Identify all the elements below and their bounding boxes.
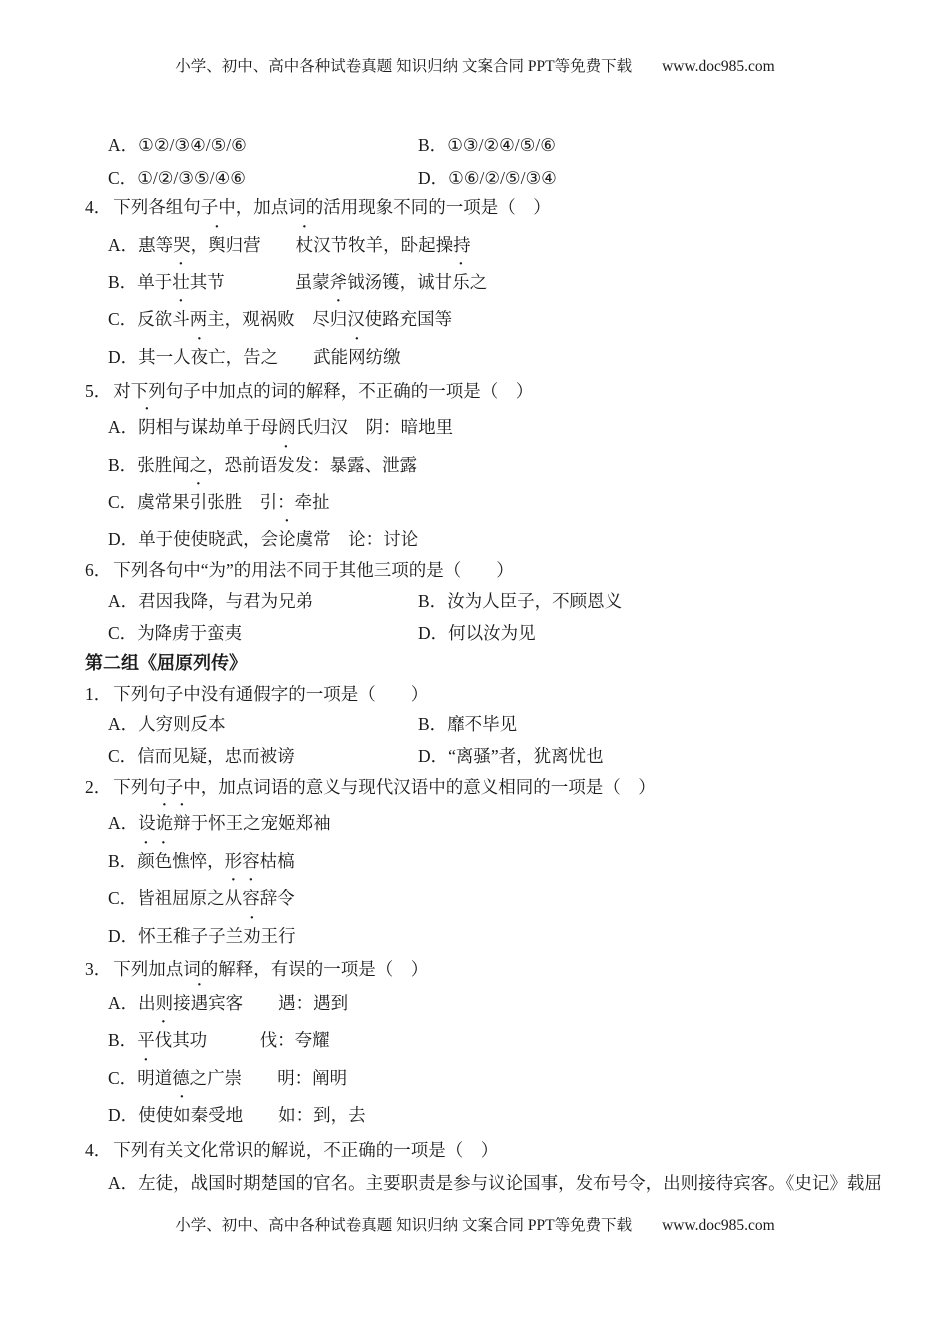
option-text: 惠等哭，舆归营 杖汉节牧羊，卧起操持 bbox=[138, 235, 471, 255]
g2-q4-stem: 4．下列有关文化常识的解说，不正确的一项是（ ） bbox=[85, 1138, 498, 1162]
emphasized-char: 论 bbox=[278, 527, 296, 551]
option-label: A． bbox=[108, 235, 138, 255]
question-text: 下列有关文化常识的解说，不正确的一项是（ ） bbox=[113, 1140, 498, 1160]
g2-q3-stem: 3．下列加点词的解释，有误的一项是（ ） bbox=[85, 957, 428, 981]
header-url-link[interactable]: www.doc985.com bbox=[662, 58, 775, 75]
g1-q5-stem: 5．对下列句子中加点的词的解释，不正确的一项是（ ） bbox=[85, 379, 533, 403]
option-text: 怀王稚子子兰劝王行 bbox=[138, 926, 296, 946]
prev-option-b: B．①③/②④/⑤/⑥ bbox=[418, 133, 556, 157]
g2-q1-option-b: B．靡不毕见 bbox=[418, 712, 517, 736]
question-number: 4． bbox=[85, 197, 111, 217]
option-text: 阴相与谋劫单于母阏氏归汉 阴：暗地里 bbox=[138, 417, 453, 437]
question-number: 1． bbox=[85, 684, 111, 704]
option-text: 反欲斗两主，观祸败 尽归汉使路充国等 bbox=[137, 309, 452, 329]
option-text: 虞常果引张胜 引：牵扯 bbox=[137, 492, 330, 512]
g1-q6-option-d: D．何以汝为见 bbox=[418, 621, 536, 645]
emphasized-char: 发 bbox=[277, 453, 295, 477]
emphasized-char: 夜 bbox=[191, 345, 209, 369]
option-text: 皆祖屈原之从容辞令 bbox=[137, 888, 295, 908]
emphasized-char: 斗 bbox=[172, 307, 190, 331]
option-label: D． bbox=[418, 746, 448, 766]
option-text: 靡不毕见 bbox=[447, 714, 517, 734]
g1-q6-stem: 6．下列各句中“为”的用法不同于其他三项的是（ ） bbox=[85, 558, 514, 582]
option-label: B． bbox=[108, 851, 137, 871]
g1-q5-option-d: D．单于使使晓武，会论虞常 论：讨论 bbox=[108, 527, 418, 551]
emphasized-char: 容 bbox=[242, 886, 260, 910]
option-text: ①/②/③⑤/④⑥ bbox=[137, 168, 246, 188]
option-label: C． bbox=[108, 1068, 137, 1088]
option-text: 何以汝为见 bbox=[448, 623, 536, 643]
option-text: 使使如秦受地 如：到，去 bbox=[138, 1105, 366, 1125]
g2-q2-option-c: C．皆祖屈原之从容辞令 bbox=[108, 886, 295, 910]
option-label: C． bbox=[108, 746, 137, 766]
option-label: C． bbox=[108, 492, 137, 512]
emphasized-char: 归 bbox=[330, 307, 348, 331]
emphasized-char: 网 bbox=[348, 345, 366, 369]
option-text: 明道德之广崇 明：阐明 bbox=[137, 1068, 347, 1088]
g1-q4-stem: 4．下列各组句子中，加点词的活用现象不同的一项是（ ） bbox=[85, 195, 551, 219]
g1-q4-option-a: A．惠等哭，舆归营 杖汉节牧羊，卧起操持 bbox=[108, 233, 471, 257]
option-text: 为降虏于蛮夷 bbox=[137, 623, 242, 643]
option-text: ①⑥/②/⑤/③④ bbox=[448, 168, 557, 188]
group2-heading: 第二组《屈原列传》 bbox=[85, 651, 247, 675]
question-text: 下列各组句子中，加点词的活用现象不同的一项是（ ） bbox=[113, 197, 551, 217]
option-text: 单于使使晓武，会论虞常 论：讨论 bbox=[138, 529, 418, 549]
prev-option-a: A．①②/③④/⑤/⑥ bbox=[108, 133, 247, 157]
g2-q1-stem: 1．下列句子中没有通假字的一项是（ ） bbox=[85, 682, 428, 706]
emphasized-char: 诡 bbox=[156, 811, 174, 835]
option-label: B． bbox=[108, 455, 137, 475]
g2-q2-option-a: A．设诡辩于怀王之宠姬郑袖 bbox=[108, 811, 331, 835]
emphasized-char: 辩 bbox=[173, 811, 191, 835]
g2-q1-option-a: A．人穷则反本 bbox=[108, 712, 226, 736]
g2-q2-option-d: D．怀王稚子子兰劝王行 bbox=[108, 924, 296, 948]
option-label: B． bbox=[108, 1030, 137, 1050]
option-text: 汝为人臣子，不顾恩义 bbox=[447, 591, 622, 611]
g2-q3-option-d: D．使使如秦受地 如：到，去 bbox=[108, 1103, 366, 1127]
g2-q1-option-c: C．信而见疑，忠而被谤 bbox=[108, 744, 295, 768]
footer-text: 小学、初中、高中各种试卷真题 知识归纳 文案合同 PPT等免费下载 bbox=[175, 1217, 632, 1234]
page-footer: 小学、初中、高中各种试卷真题 知识归纳 文案合同 PPT等免费下载www.doc… bbox=[0, 1214, 950, 1238]
g1-q6-option-b: B．汝为人臣子，不顾恩义 bbox=[418, 589, 622, 613]
option-label: A． bbox=[108, 417, 138, 437]
option-label: A． bbox=[108, 135, 138, 155]
option-label: A． bbox=[108, 1173, 138, 1193]
option-text: 人穷则反本 bbox=[138, 714, 226, 734]
g2-q3-option-b: B．平伐其功 伐：夸耀 bbox=[108, 1028, 330, 1052]
g2-q4-option-a: A．左徒，战国时期楚国的官名。主要职责是参与议论国事，发布号令，出则接待宾客。《… bbox=[108, 1171, 882, 1195]
option-text: 平伐其功 伐：夸耀 bbox=[137, 1030, 330, 1050]
question-number: 3． bbox=[85, 959, 111, 979]
g1-q6-option-a: A．君因我降，与君为兄弟 bbox=[108, 589, 313, 613]
option-label: C． bbox=[108, 888, 137, 908]
option-label: D． bbox=[418, 623, 448, 643]
g2-q3-option-a: A．出则接遇宾客 遇：遇到 bbox=[108, 991, 348, 1015]
option-label: A． bbox=[108, 714, 138, 734]
question-text: 对下列句子中加点的词的解释，不正确的一项是（ ） bbox=[113, 381, 533, 401]
g2-q1-option-d: D．“离骚”者，犹离忧也 bbox=[418, 744, 604, 768]
emphasized-char: 明 bbox=[137, 1066, 155, 1090]
emphasized-char: 劝 bbox=[243, 924, 261, 948]
g1-q5-option-c: C．虞常果引张胜 引：牵扯 bbox=[108, 490, 330, 514]
emphasized-char: 阴 bbox=[138, 415, 156, 439]
option-text: 其一人夜亡，告之 武能网纺缴 bbox=[138, 347, 401, 367]
g1-q6-option-c: C．为降虏于蛮夷 bbox=[108, 621, 242, 645]
option-text: 设诡辩于怀王之宠姬郑袖 bbox=[138, 813, 331, 833]
emphasized-char: 如 bbox=[173, 1103, 191, 1127]
option-text: 单于壮其节 虽蒙斧钺汤镬，诚甘乐之 bbox=[137, 272, 487, 292]
g1-q4-option-d: D．其一人夜亡，告之 武能网纺缴 bbox=[108, 345, 401, 369]
page-header: 小学、初中、高中各种试卷真题 知识归纳 文案合同 PPT等免费下载www.doc… bbox=[0, 55, 950, 79]
g2-q2-stem: 2．下列句子中，加点词语的意义与现代汉语中的意义相同的一项是（ ） bbox=[85, 775, 656, 799]
option-text: 张胜闻之，恐前语发发：暴露、泄露 bbox=[137, 455, 417, 475]
g1-q4-option-c: C．反欲斗两主，观祸败 尽归汉使路充国等 bbox=[108, 307, 452, 331]
option-label: C． bbox=[108, 623, 137, 643]
emphasized-char: 舆 bbox=[208, 233, 226, 257]
option-text: 出则接遇宾客 遇：遇到 bbox=[138, 993, 348, 1013]
emphasized-char: 乐 bbox=[452, 270, 470, 294]
question-number: 4． bbox=[85, 1140, 111, 1160]
option-label: A． bbox=[108, 813, 138, 833]
option-label: D． bbox=[108, 529, 138, 549]
emphasized-char: 杖 bbox=[296, 233, 314, 257]
g2-q3-option-c: C．明道德之广崇 明：阐明 bbox=[108, 1066, 347, 1090]
prev-option-c: C．①/②/③⑤/④⑥ bbox=[108, 166, 246, 190]
exam-page: 小学、初中、高中各种试卷真题 知识归纳 文案合同 PPT等免费下载www.doc… bbox=[0, 0, 950, 1344]
option-label: A． bbox=[108, 993, 138, 1013]
question-text: 下列句子中，加点词语的意义与现代汉语中的意义相同的一项是（ ） bbox=[113, 777, 656, 797]
emphasized-char: 引 bbox=[190, 490, 208, 514]
emphasized-char: 伐 bbox=[155, 1028, 173, 1052]
emphasized-char: 壮 bbox=[172, 270, 190, 294]
option-label: C． bbox=[108, 309, 137, 329]
footer-url-link[interactable]: www.doc985.com bbox=[662, 1217, 775, 1234]
option-label: B． bbox=[108, 272, 137, 292]
option-label: D． bbox=[108, 1105, 138, 1125]
option-text: 信而见疑，忠而被谤 bbox=[137, 746, 295, 766]
option-label: C． bbox=[108, 168, 137, 188]
question-text: 下列句子中没有通假字的一项是（ ） bbox=[113, 684, 428, 704]
question-text: 下列加点词的解释，有误的一项是（ ） bbox=[113, 959, 428, 979]
emphasized-char: 遇 bbox=[191, 991, 209, 1015]
question-number: 5． bbox=[85, 381, 111, 401]
option-text: ①③/②④/⑤/⑥ bbox=[447, 135, 556, 155]
emphasized-char: 颜 bbox=[137, 849, 155, 873]
question-number: 2． bbox=[85, 777, 111, 797]
question-text: 下列各句中“为”的用法不同于其他三项的是（ ） bbox=[113, 560, 514, 580]
prev-option-d: D．①⑥/②/⑤/③④ bbox=[418, 166, 557, 190]
g1-q5-option-b: B．张胜闻之，恐前语发发：暴露、泄露 bbox=[108, 453, 417, 477]
option-label: D． bbox=[108, 347, 138, 367]
option-label: B． bbox=[418, 591, 447, 611]
question-number: 6． bbox=[85, 560, 111, 580]
option-text: “离骚”者，犹离忧也 bbox=[448, 746, 604, 766]
option-text: 君因我降，与君为兄弟 bbox=[138, 591, 313, 611]
header-text: 小学、初中、高中各种试卷真题 知识归纳 文案合同 PPT等免费下载 bbox=[175, 58, 632, 75]
g1-q5-option-a: A．阴相与谋劫单于母阏氏归汉 阴：暗地里 bbox=[108, 415, 453, 439]
option-label: D． bbox=[418, 168, 448, 188]
option-text: 左徒，战国时期楚国的官名。主要职责是参与议论国事，发布号令，出则接待宾客。《史记… bbox=[138, 1173, 882, 1193]
option-text: 颜色憔悴，形容枯槁 bbox=[137, 851, 295, 871]
emphasized-char: 从 bbox=[225, 886, 243, 910]
option-label: B． bbox=[418, 714, 447, 734]
option-label: D． bbox=[108, 926, 138, 946]
option-label: B． bbox=[418, 135, 447, 155]
option-label: A． bbox=[108, 591, 138, 611]
g1-q4-option-b: B．单于壮其节 虽蒙斧钺汤镬，诚甘乐之 bbox=[108, 270, 487, 294]
option-text: ①②/③④/⑤/⑥ bbox=[138, 135, 247, 155]
emphasized-char: 色 bbox=[155, 849, 173, 873]
g2-q2-option-b: B．颜色憔悴，形容枯槁 bbox=[108, 849, 295, 873]
